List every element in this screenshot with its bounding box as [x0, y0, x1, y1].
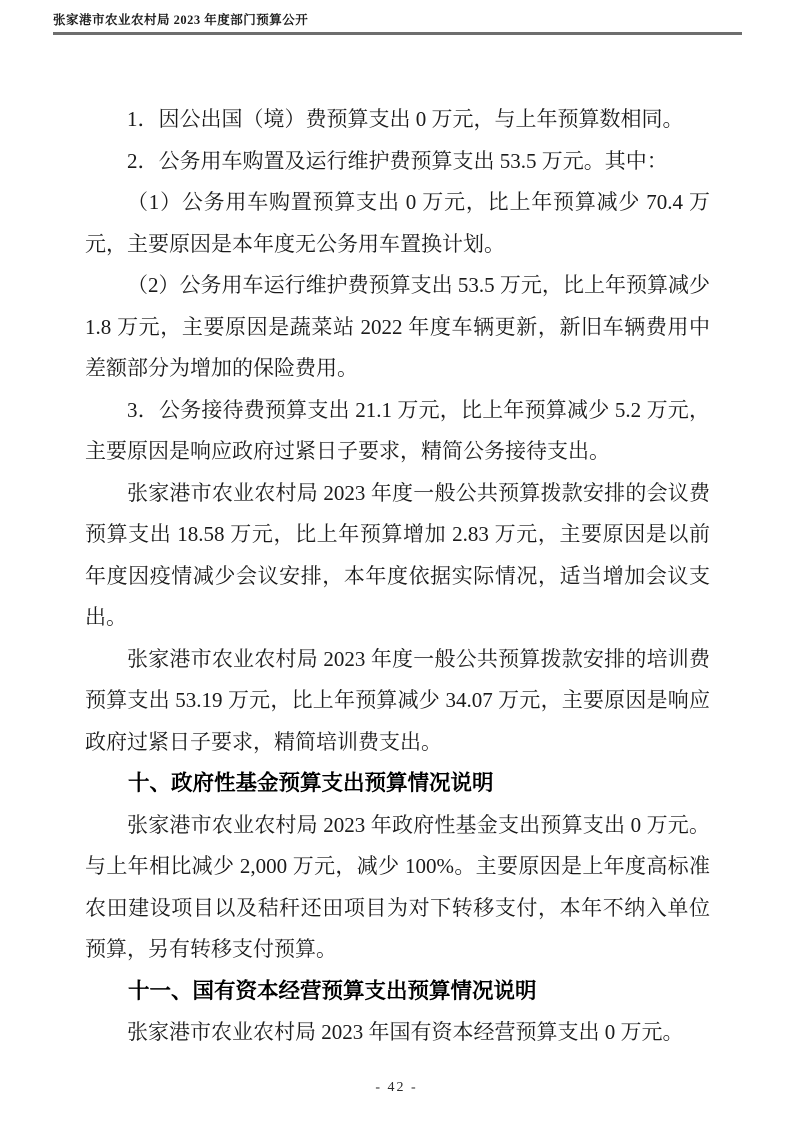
- paragraph-meeting-fee: 张家港市农业农村局 2023 年度一般公共预算拨款安排的会议费预算支出 18.5…: [85, 473, 710, 639]
- page-number: - 42 -: [375, 1080, 417, 1095]
- paragraph-training-fee: 张家港市农业农村局 2023 年度一般公共预算拨款安排的培训费预算支出 53.1…: [85, 639, 710, 764]
- paragraph-item3-official-reception: 3．公务接待费预算支出 21.1 万元，比上年预算减少 5.2 万元，主要原因是…: [85, 390, 710, 473]
- header-rule: [53, 32, 742, 35]
- page-header: 张家港市农业农村局 2023 年度部门预算公开: [53, 12, 742, 35]
- section-heading-10-government-fund: 十、政府性基金预算支出预算情况说明: [85, 763, 710, 805]
- document-page: 张家港市农业农村局 2023 年度部门预算公开 1．因公出国（境）费预算支出 0…: [0, 0, 793, 1122]
- paragraph-item2-1-vehicle-purchase: （1）公务用车购置预算支出 0 万元，比上年预算减少 70.4 万元，主要原因是…: [85, 182, 710, 265]
- paragraph-state-capital-budget: 张家港市农业农村局 2023 年国有资本经营预算支出 0 万元。: [85, 1012, 710, 1054]
- header-title: 张家港市农业农村局 2023 年度部门预算公开: [53, 12, 742, 29]
- paragraph-government-fund-budget: 张家港市农业农村局 2023 年政府性基金支出预算支出 0 万元。与上年相比减少…: [85, 805, 710, 971]
- paragraph-item2-2-vehicle-maintenance: （2）公务用车运行维护费预算支出 53.5 万元，比上年预算减少 1.8 万元，…: [85, 265, 710, 390]
- page-footer: - 42 -: [0, 1078, 793, 1096]
- paragraph-item2-official-vehicles: 2．公务用车购置及运行维护费预算支出 53.5 万元。其中：: [85, 141, 710, 183]
- section-heading-11-state-capital: 十一、国有资本经营预算支出预算情况说明: [85, 971, 710, 1013]
- document-body: 1．因公出国（境）费预算支出 0 万元，与上年预算数相同。 2．公务用车购置及运…: [85, 99, 710, 1054]
- paragraph-item1-overseas-travel: 1．因公出国（境）费预算支出 0 万元，与上年预算数相同。: [85, 99, 710, 141]
